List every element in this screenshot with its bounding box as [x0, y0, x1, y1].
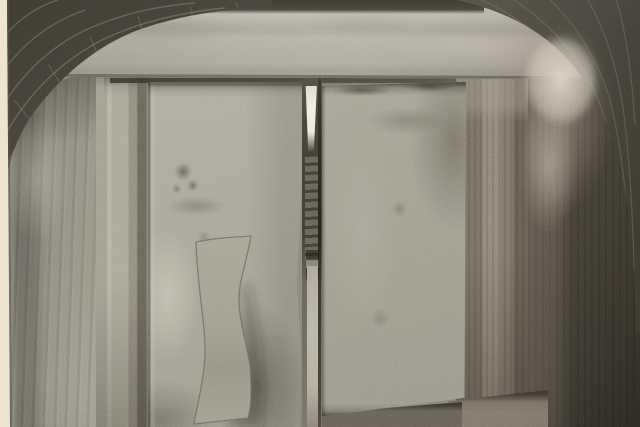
- photo-print: [0, 0, 640, 427]
- vignette-overlay: [0, 0, 640, 427]
- tunnel-photo: [0, 0, 640, 427]
